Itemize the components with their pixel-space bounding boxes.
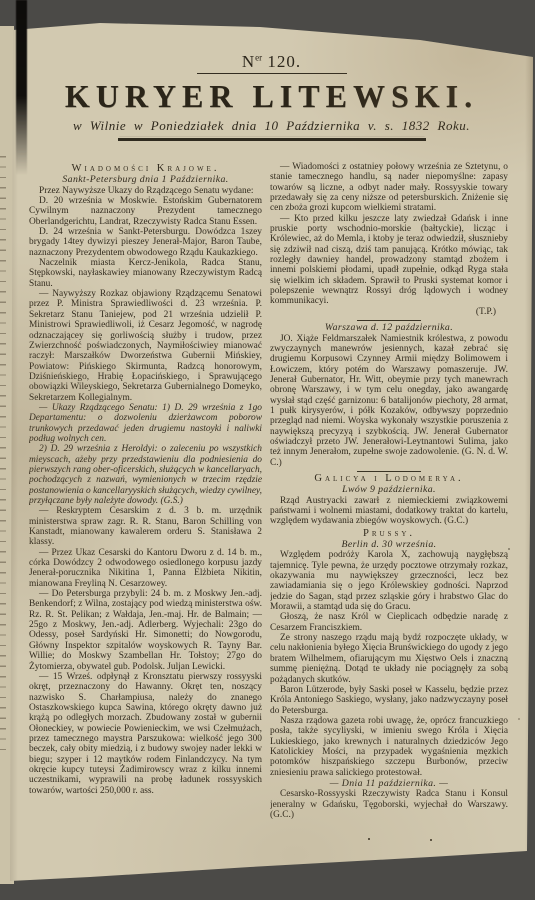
issue-underline-rule <box>197 73 347 74</box>
newspaper-title: KURYER LITEWSKI. <box>16 78 527 115</box>
section-heading: Prussy. <box>270 529 508 539</box>
dateline-heading: Berlin d. 30 września. <box>270 540 508 550</box>
article-paragraph: — Przez Ukaz Cesarski do Kantoru Dworu z… <box>29 548 262 589</box>
article-paragraph: Przez Naywyższe Ukazy do Rządzącego Sena… <box>29 186 262 196</box>
article-paragraph: Rząd Austryacki zawarł z niemieckiemi zw… <box>270 496 508 527</box>
issue-number: Ner 120. <box>16 52 527 72</box>
article-paragraph: Cesarsko-Rossyyski Rzeczywisty Radca Sta… <box>270 789 508 820</box>
decree-paragraph: 2) D. 29 września z Heroldyi: o zaleceni… <box>29 444 262 506</box>
section-divider-rule <box>357 471 421 472</box>
dateline-heading: Lwów 9 października. <box>270 485 508 495</box>
scan-background: { "scan": { "background_color": "#4b4a47… <box>0 0 535 900</box>
decree-paragraph: — Ukazy Rządzącego Senatu: 1) D. 29 wrze… <box>29 403 262 444</box>
article-paragraph: Nasza rządowa gazeta robi uwagę, że, opr… <box>270 716 508 778</box>
article-paragraph: — Reskryptem Cesarskim z d. 3 b. m. urzę… <box>29 506 262 547</box>
article-paragraph: JO. Xiąże Feldmarszałek Namiestnik króle… <box>270 334 508 468</box>
dateline-heading: Warszawa d. 12 października. <box>270 323 508 333</box>
article-paragraph: — 15 Wrześ. odpłynął z Kronsztatu pierws… <box>29 672 262 796</box>
article-paragraph: — Wiadomości z ostatniey połowy września… <box>270 162 508 214</box>
article-paragraph: Naczelnik miasta Kercz-Jenikola, Radca S… <box>29 258 262 289</box>
book-spine-shadow <box>16 0 27 175</box>
section-heading: Wiadomości Krajowe. <box>29 164 262 174</box>
masthead-dateline: w Wilnie w Poniedziałek dnia 10 Paździer… <box>16 118 527 134</box>
article-paragraph: — Naywyższy Rozkaz objawiony Rządzącemu … <box>29 289 262 403</box>
masthead-rule <box>118 138 426 141</box>
dateline-heading: — Dnia 11 października. — <box>270 779 508 789</box>
left-column: Wiadomości Krajowe.Sankt-Petersburg dnia… <box>29 162 262 824</box>
article-paragraph: D. 20 września w Moskwie. Estońskim Gube… <box>29 196 262 227</box>
article-paragraph: — Kto przed kilku jeszcze laty zwiedzał … <box>270 214 508 307</box>
article-paragraph: Baron Lützerode, były Saski poseł w Kass… <box>270 685 508 716</box>
masthead: Ner 120. KURYER LITEWSKI. w Wilnie w Pon… <box>16 52 527 141</box>
article-paragraph: D. 24 września w Sankt-Petersburgu. Dowó… <box>29 227 262 258</box>
right-column: — Wiadomości z ostatniey połowy września… <box>270 162 508 824</box>
article-paragraph: Ze strony naszego rządu mają bydź rozpoc… <box>270 633 508 685</box>
article-paragraph: Głoszą, że nasz Król w Cieplicach odbędz… <box>270 612 508 633</box>
section-divider-rule <box>357 320 421 321</box>
article-paragraph: — Do Petersburga przybyli: 24 b. m. z Mo… <box>29 589 262 672</box>
section-heading: Galicya i Lodomerya. <box>270 474 508 484</box>
credit-tag: (T.P.) <box>270 307 508 317</box>
dust-specks <box>368 838 370 840</box>
newspaper-page: Ner 120. KURYER LITEWSKI. w Wilnie w Pon… <box>0 0 535 900</box>
article-paragraph: Względem podróży Karola X, zachowują nay… <box>270 550 508 612</box>
dateline-heading: Sankt-Petersburg dnia 1 Października. <box>29 175 262 185</box>
